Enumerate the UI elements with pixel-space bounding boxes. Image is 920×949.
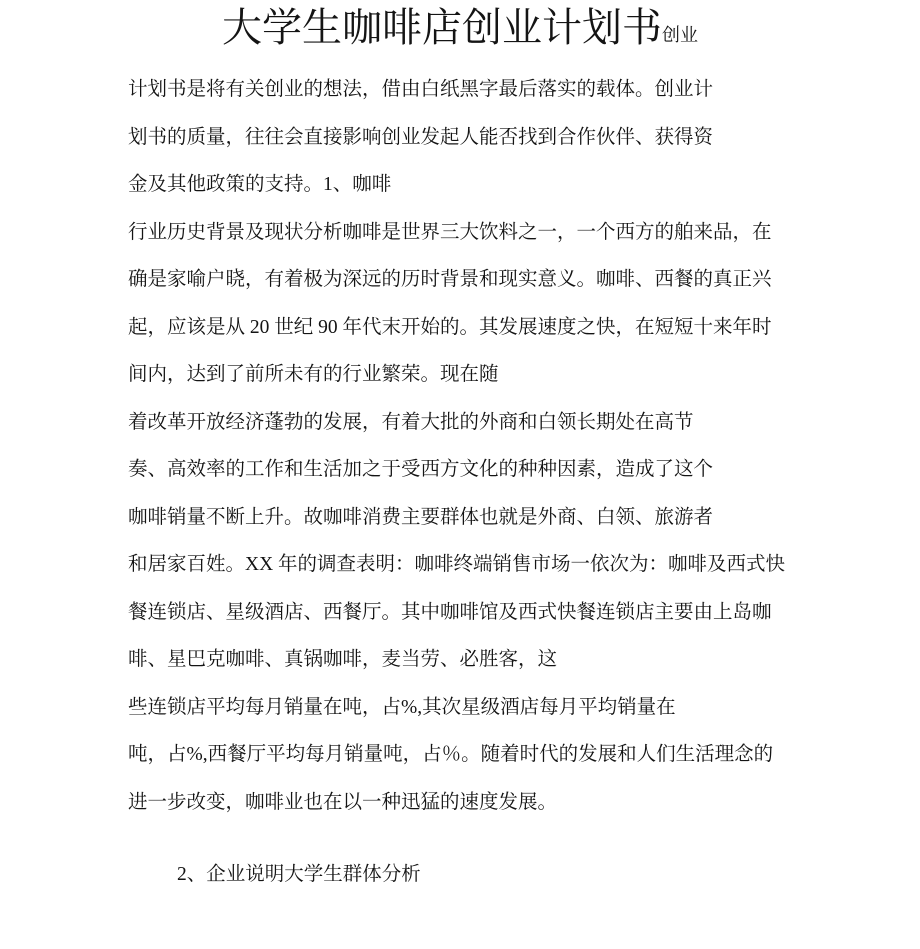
body-line: 金及其他政策的支持。1、咖啡 [0, 161, 920, 209]
body-line: 起，应该是从 20 世纪 90 年代末开始的。其发展速度之快，在短短十来年时 [0, 304, 920, 352]
body-line: 吨，占%,西餐厅平均每月销量吨，占％。随着时代的发展和人们生活理念的 [0, 731, 920, 779]
body-line: 确是家喻户晓，有着极为深远的历时背景和现实意义。咖啡、西餐的真正兴 [0, 256, 920, 304]
body-line: 奏、高效率的工作和生活加之于受西方文化的种种因素，造成了这个 [0, 446, 920, 494]
body-line: 啡、星巴克咖啡、真锅咖啡，麦当劳、必胜客，这 [0, 636, 920, 684]
section-heading: 2、企业说明大学生群体分析 [0, 851, 920, 899]
body-line: 间内，达到了前所未有的行业繁荣。现在随 [0, 351, 920, 399]
document-page: 大学生咖啡店创业计划书创业 计划书是将有关创业的想法，借由白纸黑字最后落实的载体… [0, 0, 920, 949]
body-line: 行业历史背景及现状分析咖啡是世界三大饮料之一，一个西方的舶来品，在 [0, 209, 920, 257]
body-line: 咖啡销量不断上升。故咖啡消费主要群体也就是外商、白领、旅游者 [0, 494, 920, 542]
body-line: 着改革开放经济蓬勃的发展，有着大批的外商和白领长期处在高节 [0, 399, 920, 447]
body-line: 计划书是将有关创业的想法，借由白纸黑字最后落实的载体。创业计 [0, 66, 920, 114]
document-title: 大学生咖啡店创业计划书创业 [0, 0, 920, 63]
body-line: 和居家百姓。XX 年的调查表明：咖啡终端销售市场一依次为：咖啡及西式快 [0, 541, 920, 589]
document-body: 计划书是将有关创业的想法，借由白纸黑字最后落实的载体。创业计 划书的质量，往往会… [0, 66, 920, 826]
body-line: 进一步改变，咖啡业也在以一种迅猛的速度发展。 [0, 779, 920, 827]
title-suffix-text: 创业 [662, 25, 698, 45]
title-text: 大学生咖啡店创业计划书 [222, 5, 662, 50]
body-line: 划书的质量，往往会直接影响创业发起人能否找到合作伙伴、获得资 [0, 114, 920, 162]
body-line: 餐连锁店、星级酒店、西餐厅。其中咖啡馆及西式快餐连锁店主要由上岛咖 [0, 589, 920, 637]
body-line: 些连锁店平均每月销量在吨，占%,其次星级酒店每月平均销量在 [0, 684, 920, 732]
